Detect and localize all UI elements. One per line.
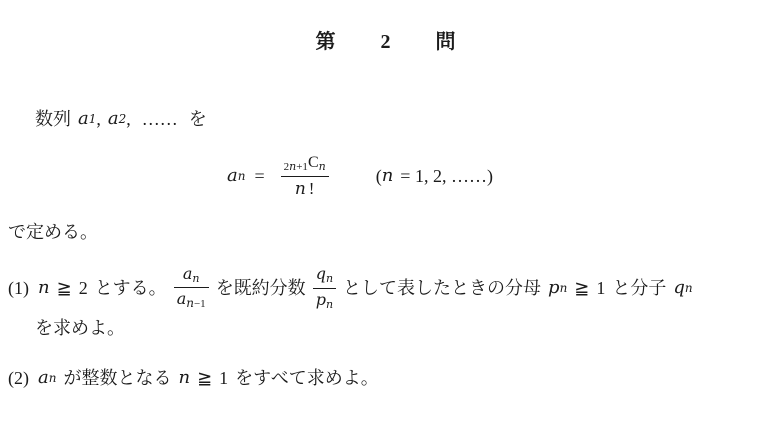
math-var-q: q: [316, 264, 326, 283]
question-1-line-1: (1) n ≧ 2 とする。 an an−1 を既約分数 qn pn として表し…: [8, 261, 693, 315]
math-var-p: p: [316, 290, 326, 309]
intro-label: 数列: [35, 108, 71, 131]
range-values: = 1, 2, ……): [400, 165, 493, 188]
denominator-bound: 1: [596, 277, 605, 300]
math-var-qn: q: [673, 277, 685, 300]
math-sub-n: n: [326, 272, 333, 285]
fraction-bar: [313, 288, 336, 289]
math-var-a: a: [183, 264, 193, 283]
question-2-label: (2): [8, 367, 29, 390]
exam-page: 第 2 問 数列 a1, a2, …… を an = 2n+1Cn n! (n …: [0, 0, 772, 424]
geq-symbol: ≧: [57, 277, 72, 300]
math-var-an: a: [227, 165, 238, 188]
combination-symbol: C: [308, 154, 319, 171]
fraction-bar: [174, 287, 209, 288]
range-var-n: n: [382, 165, 394, 188]
fraction-numerator: 2n+1Cn: [281, 154, 329, 174]
fraction-bar: [281, 176, 329, 177]
condition-tail: とする。: [95, 277, 167, 300]
text-denominator-clause: として表したときの分母: [343, 277, 541, 300]
question-1-line-2: を求めよ。: [35, 317, 125, 340]
math-var-n: n: [295, 179, 306, 199]
comma: ,: [126, 108, 131, 131]
math-sub-n-minus-1: n−1: [186, 298, 205, 310]
question-2-line: (2) an が整数となる n ≧ 1 をすべて求めよ。: [8, 367, 379, 390]
comma: ,: [96, 108, 101, 131]
math-sub-minus-1: −1: [194, 298, 206, 310]
math-sub-1: 1: [89, 112, 97, 127]
geq-symbol: ≧: [574, 277, 589, 300]
problem-title: 第 2 問: [0, 30, 772, 55]
title-word-dai: 第: [316, 30, 337, 55]
fraction-denominator: pn: [313, 291, 336, 312]
question-1-label: (1): [8, 277, 29, 300]
math-var-an: a: [38, 367, 49, 390]
factorial-sign: !: [309, 179, 315, 198]
fraction-denominator: n!: [292, 179, 318, 200]
combination-subscript: n: [319, 160, 326, 173]
ratio-fraction-an: an an−1: [174, 265, 209, 311]
define-line: で定める。: [8, 221, 98, 244]
display-formula: an = 2n+1Cn n! (n = 1, 2, ……): [227, 154, 493, 199]
math-sub-n: n: [192, 272, 199, 285]
text-integer-clause: が整数となる: [63, 367, 171, 390]
fraction-qn-pn: qn pn: [313, 265, 336, 311]
sequence-intro-line: 数列 a1, a2, …… を: [35, 108, 207, 131]
fraction-numerator: qn: [313, 265, 336, 286]
binomial-fraction: 2n+1Cn n!: [281, 154, 329, 199]
math-sub-var-n: n: [186, 296, 194, 310]
math-var-n: n: [178, 367, 190, 390]
text-irreducible-fraction: を既約分数: [216, 277, 306, 300]
math-var-a2: a: [108, 108, 119, 131]
math-sub-n: n: [49, 371, 57, 386]
math-var-a1: a: [78, 108, 89, 131]
math-sub-n: n: [685, 281, 693, 296]
equals-sign: =: [254, 165, 264, 188]
fraction-denominator: an−1: [174, 290, 209, 311]
bound-value: 1: [219, 367, 228, 390]
question-1-tail: を求めよ。: [35, 317, 125, 340]
pre-subscript-plus1: +1: [296, 161, 308, 173]
title-word-mon: 問: [436, 30, 457, 55]
define-text: で定める。: [8, 221, 98, 244]
math-var-pn: p: [548, 277, 560, 300]
condition-value: 2: [79, 277, 88, 300]
title-problem-number: 2: [381, 30, 392, 55]
intro-particle: を: [189, 108, 207, 131]
fraction-numerator: an: [180, 265, 203, 286]
math-sub-n: n: [560, 281, 568, 296]
question-2-tail: をすべて求めよ。: [235, 367, 379, 390]
text-numerator-clause: と分子: [612, 277, 666, 300]
math-sub-2: 2: [119, 112, 127, 127]
math-sub-n: n: [238, 169, 246, 184]
ellipsis-dots: ……: [142, 108, 178, 131]
math-var-n: n: [38, 277, 50, 300]
math-sub-n: n: [326, 298, 333, 311]
geq-symbol: ≧: [197, 367, 212, 390]
math-var-a: a: [177, 289, 187, 308]
